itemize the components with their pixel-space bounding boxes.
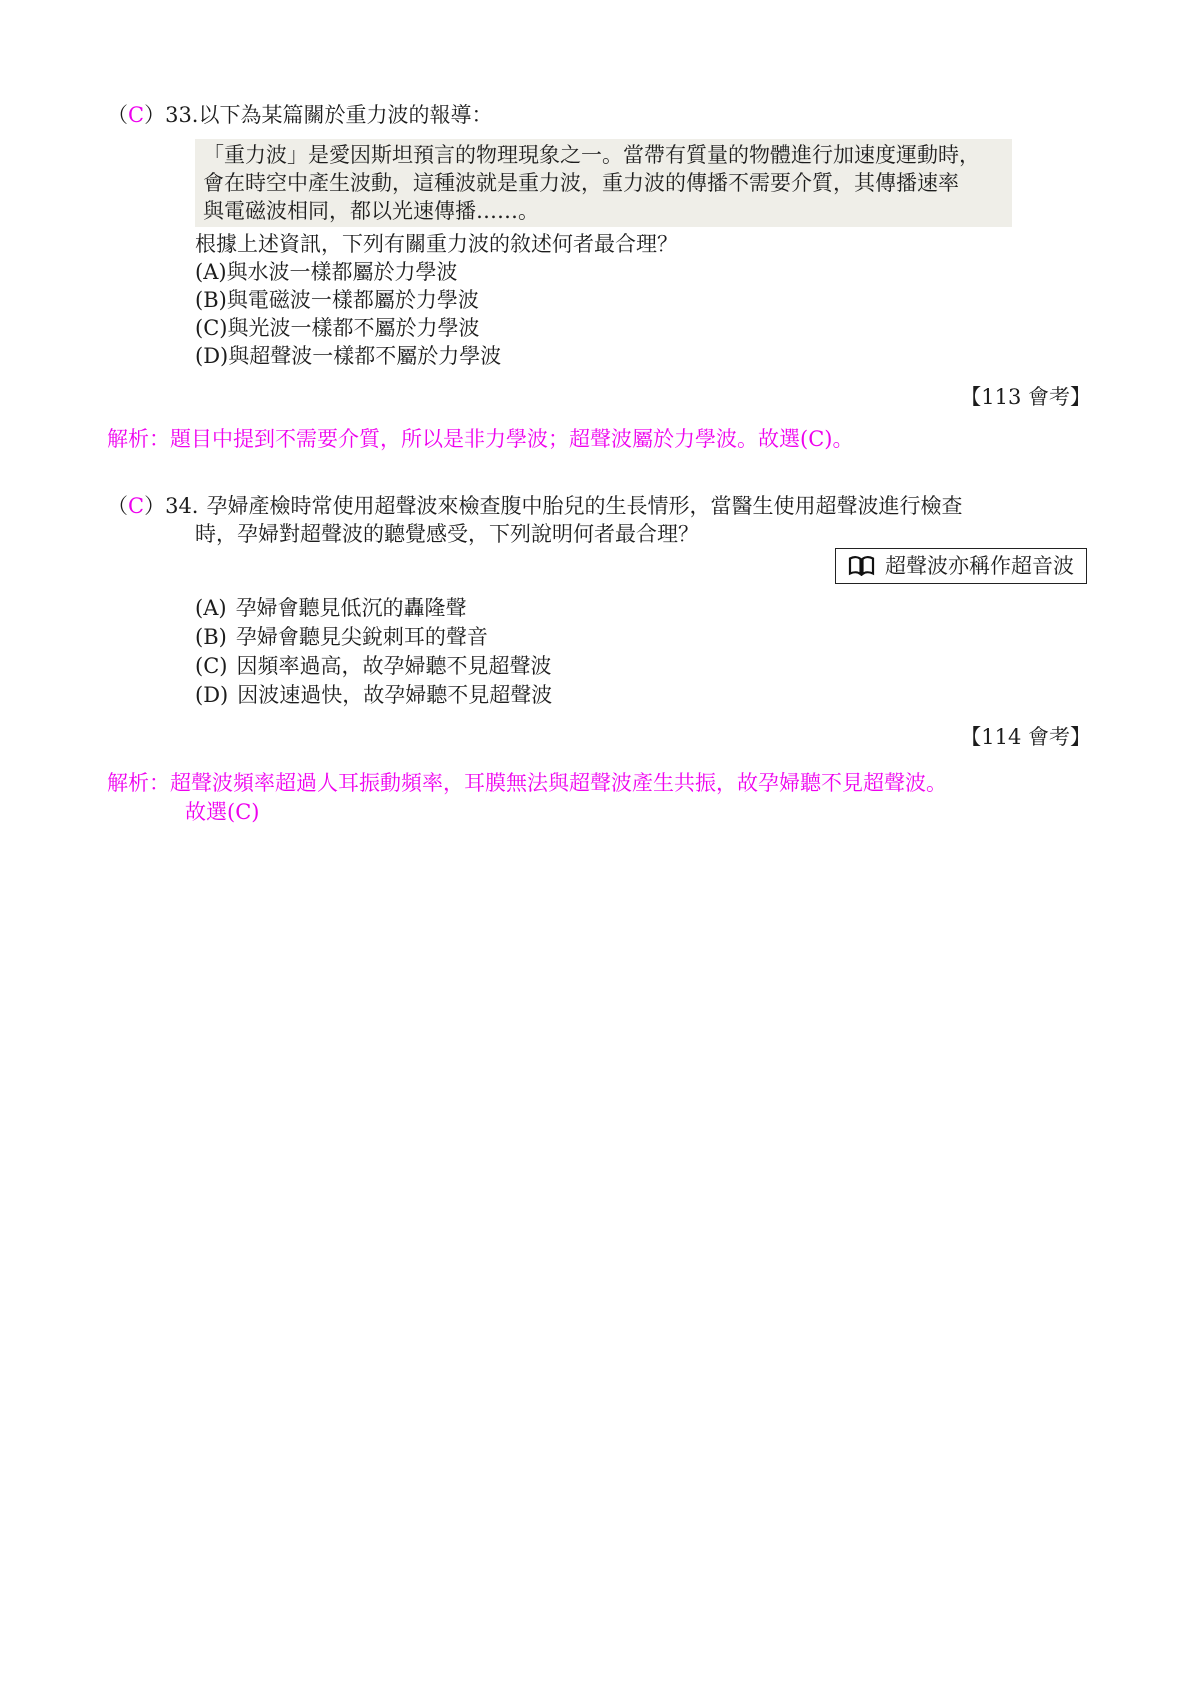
question-prompt: 根據上述資訊，下列有關重力波的敘述何者最合理？ [195, 230, 1091, 258]
option-text: 與水波一樣都屬於力學波 [227, 260, 458, 284]
answer-letter: C [128, 494, 144, 518]
option-label: (D) [195, 683, 228, 707]
passage-line: 與電磁波相同，都以光速傳播……。 [203, 197, 1004, 225]
question-stem-line2: 時，孕婦對超聲波的聽覺感受，下列說明何者最合理？ [195, 520, 1091, 548]
option-label: (D) [195, 344, 228, 368]
exam-document-page: （C）33.以下為某篇關於重力波的報導： 「重力波」是愛因斯坦預言的物理現象之一… [0, 0, 1191, 1684]
question-33: （C）33.以下為某篇關於重力波的報導： 「重力波」是愛因斯坦預言的物理現象之一… [107, 100, 1091, 454]
option-d: (D)與超聲波一樣都不屬於力學波 [195, 342, 1091, 370]
question-stem: 以下為某篇關於重力波的報導： [198, 103, 492, 127]
margin-note-box: 超聲波亦稱作超音波 [835, 548, 1087, 584]
analysis-line2: 故選(C) [107, 798, 1091, 827]
question-number: 34. [165, 494, 198, 518]
passage-line: 「重力波」是愛因斯坦預言的物理現象之一。當帶有質量的物體進行加速度運動時， [203, 141, 1004, 169]
option-text: 因頻率過高，故孕婦聽不見超聲波 [236, 654, 551, 678]
question-34-header: （C）34.孕婦產檢時常使用超聲波來檢查腹中胎兒的生長情形，當醫生使用超聲波進行… [107, 492, 1091, 520]
option-label: (C) [195, 654, 227, 678]
option-d: (D)因波速過快，故孕婦聽不見超聲波 [195, 681, 1091, 710]
option-text: 與超聲波一樣都不屬於力學波 [228, 344, 501, 368]
option-b: (B)與電磁波一樣都屬於力學波 [195, 286, 1091, 314]
analysis-33: 解析：題目中提到不需要介質，所以是非力學波；超聲波屬於力學波。故選(C)。 [107, 425, 1091, 454]
option-b: (B)孕婦會聽見尖銳刺耳的聲音 [195, 623, 1091, 652]
exam-source-113: 【113 會考】 [107, 382, 1091, 412]
margin-note-text: 超聲波亦稱作超音波 [885, 553, 1074, 579]
option-text: 與光波一樣都不屬於力學波 [227, 316, 479, 340]
option-label: (C) [195, 316, 227, 340]
option-label: (B) [195, 288, 227, 312]
answer-paren-open: （ [107, 494, 128, 518]
passage-box: 「重力波」是愛因斯坦預言的物理現象之一。當帶有質量的物體進行加速度運動時， 會在… [195, 139, 1012, 227]
option-text: 孕婦會聽見尖銳刺耳的聲音 [236, 625, 488, 649]
question-34: （C）34.孕婦產檢時常使用超聲波來檢查腹中胎兒的生長情形，當醫生使用超聲波進行… [107, 492, 1091, 827]
question-number: 33. [165, 103, 198, 127]
exam-source-114: 【114 會考】 [107, 722, 1091, 752]
option-text: 因波速過快，故孕婦聽不見超聲波 [237, 683, 552, 707]
analysis-34: 解析：超聲波頻率超過人耳振動頻率，耳膜無法與超聲波產生共振，故孕婦聽不見超聲波。… [107, 769, 1091, 827]
option-a: (A)與水波一樣都屬於力學波 [195, 258, 1091, 286]
passage-line: 會在時空中產生波動，這種波就是重力波，重力波的傳播不需要介質，其傳播速率 [203, 169, 1004, 197]
open-book-icon [848, 556, 875, 576]
analysis-line1: 解析：超聲波頻率超過人耳振動頻率，耳膜無法與超聲波產生共振，故孕婦聽不見超聲波。 [107, 769, 1091, 798]
option-a: (A)孕婦會聽見低沉的轟隆聲 [195, 594, 1091, 623]
question-stem-line1: 孕婦產檢時常使用超聲波來檢查腹中胎兒的生長情形，當醫生使用超聲波進行檢查 [206, 494, 962, 518]
options-list-33: (A)與水波一樣都屬於力學波 (B)與電磁波一樣都屬於力學波 (C)與光波一樣都… [195, 258, 1091, 370]
answer-paren-close: ） [144, 494, 165, 518]
option-text: 與電磁波一樣都屬於力學波 [227, 288, 479, 312]
answer-paren-open: （ [107, 103, 128, 127]
option-c: (C)與光波一樣都不屬於力學波 [195, 314, 1091, 342]
answer-paren-close: ） [144, 103, 165, 127]
option-label: (B) [195, 625, 227, 649]
options-list-34: (A)孕婦會聽見低沉的轟隆聲 (B)孕婦會聽見尖銳刺耳的聲音 (C)因頻率過高，… [195, 594, 1091, 710]
option-text: 孕婦會聽見低沉的轟隆聲 [236, 596, 467, 620]
option-label: (A) [195, 596, 227, 620]
question-33-header: （C）33.以下為某篇關於重力波的報導： [107, 100, 1091, 130]
option-c: (C)因頻率過高，故孕婦聽不見超聲波 [195, 652, 1091, 681]
answer-letter: C [128, 103, 144, 127]
option-label: (A) [195, 260, 227, 284]
